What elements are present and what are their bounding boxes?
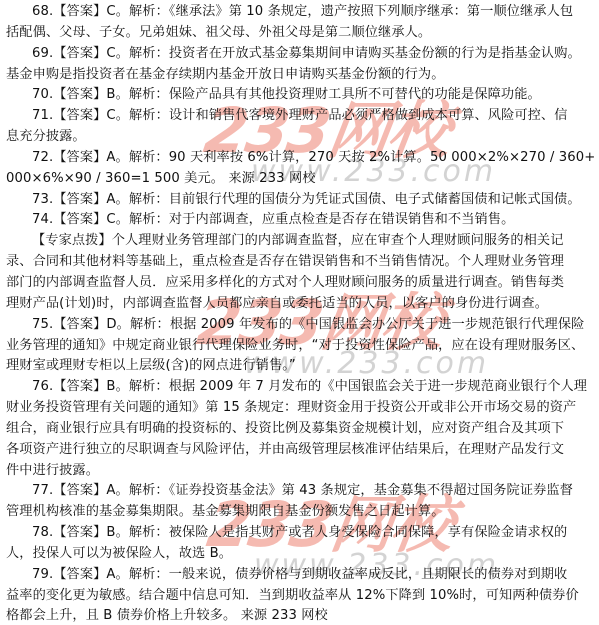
text-line: 录、合同和其他材料等基础上，重点检查是否存在错误销售和不当销售情况。个人理财业务… — [6, 252, 595, 273]
text-line: 人，投保人可以为被保险人，故选 B。 — [6, 544, 595, 565]
text-line: 75.【答案】D。解析：根据 2009 年发布的《中国银监会办公厅关于进一步规范… — [6, 315, 595, 336]
text-line: 件中进行披露。 — [6, 461, 595, 482]
answer-paragraph: 76.【答案】B。解析：根据 2009 年 7 月发布的《中国银监会关于进一步规… — [6, 377, 595, 481]
answer-paragraph: 73.【答案】A。解析：目前银行代理的国债分为凭证式国债、电子式储蓄国债和记帐式… — [6, 190, 595, 211]
answer-paragraph: 68.【答案】C。解析：《继承法》第 10 条规定，遗产按照下列顺序继承：第一顺… — [6, 2, 595, 44]
answer-explanations-document: 68.【答案】C。解析：《继承法》第 10 条规定，遗产按照下列顺序继承：第一顺… — [0, 0, 599, 625]
answer-paragraph: 72.【答案】A。解析：90 天利率按 6%计算，270 天按 2%计算。50 … — [6, 148, 595, 190]
answer-paragraph: 70.【答案】B。解析：保险产品具有其他投资理财工具所不可替代的功能是保障功能。 — [6, 85, 595, 106]
text-line: 【专家点拨】个人理财业务管理部门的内部调查监督，应在审查个人理财顾问服务的相关记 — [6, 231, 595, 252]
text-line: 理财室或理财专柜以上层级(含)的网点进行销售。” — [6, 356, 595, 377]
text-line: 括配偶、父母、子女。兄弟姐妹、祖父母、外祖父母是第二顺位继承人。 — [6, 23, 595, 44]
text-line: 理财产品(计划)时，内部调查监督人员都应亲自或委托适当的人员，以客户的身份进行调… — [6, 294, 595, 315]
text-line: 78.【答案】B。解析：被保险人是指其财产或者人身受保险合同保障，享有保险金请求… — [6, 523, 595, 544]
text-line: 业务管理的通知》中规定商业银行代理保险业务时，“对于投资性保险产品，应在设有理财… — [6, 336, 595, 357]
answer-paragraph: 79.【答案】A。解析：一般来说，债券价格与到期收益率成反比，且期限长的债券对到… — [6, 565, 595, 625]
text-line: 74.【答案】C。解析：对于内部调查，应重点检查是否存在错误销售和不当销售。 — [6, 210, 595, 231]
text-line: 71.【答案】C。解析：设计和销售代客境外理财产品必须严格做到成本可算、风险可控… — [6, 106, 595, 127]
text-line: 70.【答案】B。解析：保险产品具有其他投资理财工具所不可替代的功能是保障功能。 — [6, 85, 595, 106]
text-line: 管理机构核准的基金募集期限。基金募集期限自基金份额发售之日起计算。 — [6, 502, 595, 523]
text-line: 财业务投资管理有关问题的通知》第 15 条规定：理财资金用于投资公开或非公开市场… — [6, 398, 595, 419]
text-line: 79.【答案】A。解析：一般来说，债券价格与到期收益率成反比，且期限长的债券对到… — [6, 565, 595, 586]
text-line: 基金申购是指投资者在基金存续期内基金开放日申请购买基金份额的行为。 — [6, 65, 595, 86]
text-line: 益率的变化更为敏感。结合题中信息可知．当到期收益率从 12%下降到 10%时，可… — [6, 586, 595, 607]
text-line: 77.【答案】A。解析：《证券投资基金法》第 43 条规定，基金募集不得超过国务… — [6, 481, 595, 502]
text-line: 格都会上升，且 B 债券价格上升较多。 来源 233 网校 — [6, 606, 595, 625]
text-line: 各项资产进行独立的尽职调查与风险评估，并由高级管理层核准评估结果后，在理财产品发… — [6, 440, 595, 461]
answer-paragraph: 77.【答案】A。解析：《证券投资基金法》第 43 条规定，基金募集不得超过国务… — [6, 481, 595, 523]
answer-paragraph: 71.【答案】C。解析：设计和销售代客境外理财产品必须严格做到成本可算、风险可控… — [6, 106, 595, 148]
text-line: 000×6%×90 / 360=1 500 美元。 来源 233 网校 — [6, 169, 595, 190]
text-line: 息充分披露。 — [6, 127, 595, 148]
text-line: 部门的内部调查监督人员．应采用多样化的方式对个人理财顾问服务的质量进行调查。销售… — [6, 273, 595, 294]
text-line: 组合，商业银行应具有明确的投资标的、投资比例及募集资金规模计划，应对资产组合及其… — [6, 419, 595, 440]
text-line: 76.【答案】B。解析：根据 2009 年 7 月发布的《中国银监会关于进一步规… — [6, 377, 595, 398]
text-line: 68.【答案】C。解析：《继承法》第 10 条规定，遗产按照下列顺序继承：第一顺… — [6, 2, 595, 23]
answer-paragraph: 【专家点拨】个人理财业务管理部门的内部调查监督，应在审查个人理财顾问服务的相关记… — [6, 231, 595, 314]
answer-paragraph: 74.【答案】C。解析：对于内部调查，应重点检查是否存在错误销售和不当销售。 — [6, 210, 595, 231]
answer-paragraph: 69.【答案】C。解析：投资者在开放式基金募集期间申请购买基金份额的行为是指基金… — [6, 44, 595, 86]
answer-paragraph: 78.【答案】B。解析：被保险人是指其财产或者人身受保险合同保障，享有保险金请求… — [6, 523, 595, 565]
text-line: 73.【答案】A。解析：目前银行代理的国债分为凭证式国债、电子式储蓄国债和记帐式… — [6, 190, 595, 211]
text-line: 72.【答案】A。解析：90 天利率按 6%计算，270 天按 2%计算。50 … — [6, 148, 595, 169]
answer-paragraph: 75.【答案】D。解析：根据 2009 年发布的《中国银监会办公厅关于进一步规范… — [6, 315, 595, 378]
text-line: 69.【答案】C。解析：投资者在开放式基金募集期间申请购买基金份额的行为是指基金… — [6, 44, 595, 65]
